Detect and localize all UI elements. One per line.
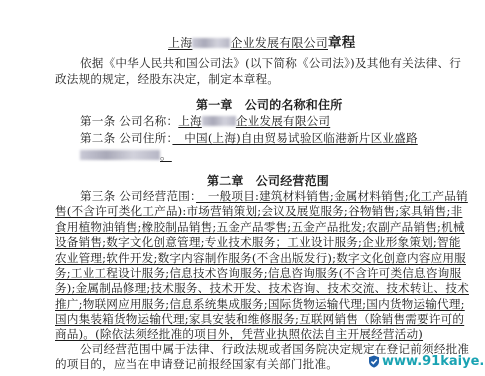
article-2-label: 第二条 公司住所： <box>80 131 172 145</box>
article-2-line-2: 。 <box>80 148 172 162</box>
document-title: 上海企业发展有限公司章程 <box>168 36 355 50</box>
article-1-value: 上海企业发展有限公司 <box>178 114 330 128</box>
article-2: 第二条 公司住所： 中国(上海)自由贸易试验区临港新片区业盛路 <box>80 131 418 145</box>
article-1-label: 第一条 公司名称： <box>80 114 178 128</box>
article-3-line-8: 国内集装箱货物运输代理;家具安装和维修服务;互联网销售（除销售需要许可的 <box>55 312 464 326</box>
article-3-line-7: 推广;物联网应用服务;信息系统集成服务;国际货物运输代理;国内货物运输代理; <box>55 297 465 311</box>
article-3-line-0: 第三条 公司经营范围： 一般项目:建筑材料销售;金属材料销售;化工产品销 <box>80 189 468 203</box>
article-3-line-3: 设备销售;数字文化创意管理;专业技术服务；工业设计服务;企业形象策划;智能 <box>55 235 461 249</box>
article-1-value-prefix: 上海 <box>178 114 202 128</box>
article-3-text: 一般项目:建筑材料销售;金属材料销售;化工产品销 <box>196 189 468 203</box>
article-1: 第一条 公司名称：上海企业发展有限公司 <box>80 114 330 128</box>
article-2-value-line-2: 。 <box>80 148 172 162</box>
article-3-line-1: 售(不含许可类化工产品):市场营销策划;会议及展览服务;谷物销售;家具销售;非 <box>55 204 462 218</box>
intro-line-1: 依据《中华人民共和国公司法》(以下简称《公司法》)及其他有关法律、行 <box>80 56 461 70</box>
article-1-value-suffix: 企业发展有限公司 <box>236 114 330 128</box>
article-3-line-9: 商品)。(除依法须经批准的项目外，凭营业执照依法自主开展经营活动) <box>55 327 423 341</box>
closing-line-2: 的项目的，应当在申请登记前报经国家有关部门批准。 <box>55 357 338 371</box>
watermark-text: www.91kaiye.cn <box>382 354 485 369</box>
redacted-company-name <box>202 116 236 126</box>
title-suffix: 章程 <box>328 35 355 51</box>
chapter-2-heading: 第二章 公司经营范围 <box>207 174 329 188</box>
article-3-line-5: 务;工业工程设计服务;信息技术咨询服务;信息咨询服务(不含许可类信息咨询服 <box>55 266 461 280</box>
article-2-value-line-2-end: 。 <box>160 148 172 162</box>
site-watermark: www.91kaiye.cn <box>368 354 485 369</box>
title-company-prefix: 上海 <box>168 36 192 50</box>
redacted-company-name <box>192 38 230 48</box>
article-2-value: 中国(上海)自由贸易试验区临港新片区业盛路 <box>172 131 417 145</box>
charter-document-page: 上海企业发展有限公司章程 依据《中华人民共和国公司法》(以下简称《公司法》)及其… <box>0 0 485 376</box>
title-company-suffix: 企业发展有限公司 <box>230 36 328 50</box>
intro-line-2: 政法规的规定，经股东决定，制定本章程。 <box>55 72 279 86</box>
article-3-label: 第三条 公司经营范围： <box>80 189 196 203</box>
redacted-address <box>80 150 160 160</box>
article-3-line-4: 农业管理;软件开发;数字内容制作服务(不含出版发行);数字文化创意内容应用服 <box>55 251 466 265</box>
shield-check-icon <box>368 355 380 368</box>
article-3-line-6: 务);金属制品修理;技术服务、技术开发、技术咨询、技术交流、技术转让、技术 <box>55 281 469 295</box>
chapter-1-heading: 第一章 公司的名称和住所 <box>196 98 342 112</box>
article-3-line-2: 食用植物油销售;橡胶制品销售;五金产品零售;五金产品批发;农副产品销售;机械 <box>55 220 465 234</box>
